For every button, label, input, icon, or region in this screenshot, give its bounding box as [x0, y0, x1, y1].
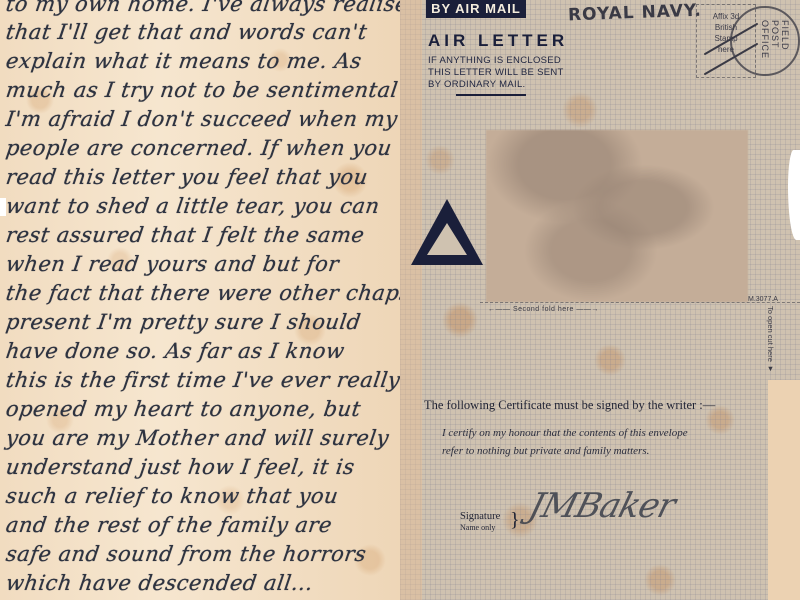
right-flap [768, 380, 800, 600]
letter-line: to my own home. I've always realised [5, 0, 400, 15]
letter-line: understand just how I feel, it is [5, 457, 400, 478]
letter-line: safe and sound from the horrors [5, 544, 400, 565]
letter-line: present I'm pretty sure I should [5, 312, 400, 333]
letter-line: explain what it means to me. As [5, 51, 400, 72]
certificate-line: refer to nothing but private and family … [442, 442, 688, 460]
letter-line: and the rest of the family are [5, 515, 400, 536]
letter-line: want to shed a little tear, you can [5, 196, 400, 217]
arrow-up-icon: ←— [400, 337, 401, 352]
certificate-heading: The following Certificate must be signed… [424, 398, 715, 413]
enclosure-notice: IF ANYTHING IS ENCLOSED THIS LETTER WILL… [428, 55, 564, 91]
letter-line: rest assured that I felt the same [5, 225, 400, 246]
second-fold-label: ←—— Second fold here ——→ [488, 306, 599, 313]
letter-line: much as I try not to be sentimental [5, 80, 400, 101]
letter-line: have done so. As far as I know [5, 341, 400, 362]
certificate-line: I certify on my honour that the contents… [442, 424, 688, 442]
letter-line: people are concerned. If when you [5, 138, 400, 159]
enclosure-notice-line: BY ORDINARY MAIL. [428, 79, 564, 91]
title-rule [456, 94, 526, 96]
postmark-icon: FIELD POST OFFICE [730, 6, 800, 76]
letter-line: such a relief to know that you [5, 486, 400, 507]
air-letter-title: AIR LETTER [428, 31, 568, 51]
signature-label-text: Signature [460, 511, 500, 522]
air-letter-form: BY AIR MAIL AIR LETTER IF ANYTHING IS EN… [400, 0, 800, 600]
triangle-icon [409, 197, 485, 267]
signature-label: Signature Name only [460, 511, 500, 533]
postmark-text: FIELD POST OFFICE [760, 20, 790, 74]
enclosure-notice-line: THIS LETTER WILL BE SENT [428, 67, 564, 79]
first-fold-text: First fold here [400, 289, 401, 335]
arrow-down-icon: —→ [400, 272, 401, 287]
letter-line: you are my Mother and will surely [5, 428, 400, 449]
certificate-body: I certify on my honour that the contents… [442, 424, 688, 460]
address-panel-blurred [486, 130, 748, 302]
letter-line: that I'll get that and words can't [5, 22, 400, 43]
letter-line: read this letter you feel that you [5, 167, 400, 188]
brace-icon: } [510, 509, 520, 532]
open-cut-text: To open cut here [766, 306, 775, 362]
second-fold-text: Second fold here [513, 306, 574, 313]
letter-line: opened my heart to anyone, but [5, 399, 400, 420]
handwritten-letter-page: to my own home. I've always realised tha… [0, 0, 400, 600]
open-cut-label: To open cut here ▼ [766, 306, 775, 373]
signature: JMBaker [525, 486, 679, 526]
first-fold-label: ←— First fold here —→ [400, 272, 412, 352]
second-fold-line [480, 302, 800, 303]
arrow-left-icon: ←—— [488, 306, 511, 313]
signature-sublabel-text: Name only [460, 522, 500, 533]
enclosure-notice-line: IF ANYTHING IS ENCLOSED [428, 55, 564, 67]
letter-line: the fact that there were other chaps [5, 283, 400, 304]
arrow-down-icon: ▼ [766, 364, 775, 373]
letter-line: when I read yours and but for [5, 254, 400, 275]
letter-line: which have descended all... [5, 573, 400, 594]
letter-line: I'm afraid I don't succeed when my [5, 109, 400, 130]
handwritten-service-label: ROYAL NAVY. [568, 1, 702, 26]
torn-edge [788, 150, 800, 240]
airmail-banner: BY AIR MAIL [426, 0, 526, 18]
letter-line: this is the first time I've ever really [5, 370, 400, 391]
arrow-right-icon: ——→ [576, 306, 599, 313]
